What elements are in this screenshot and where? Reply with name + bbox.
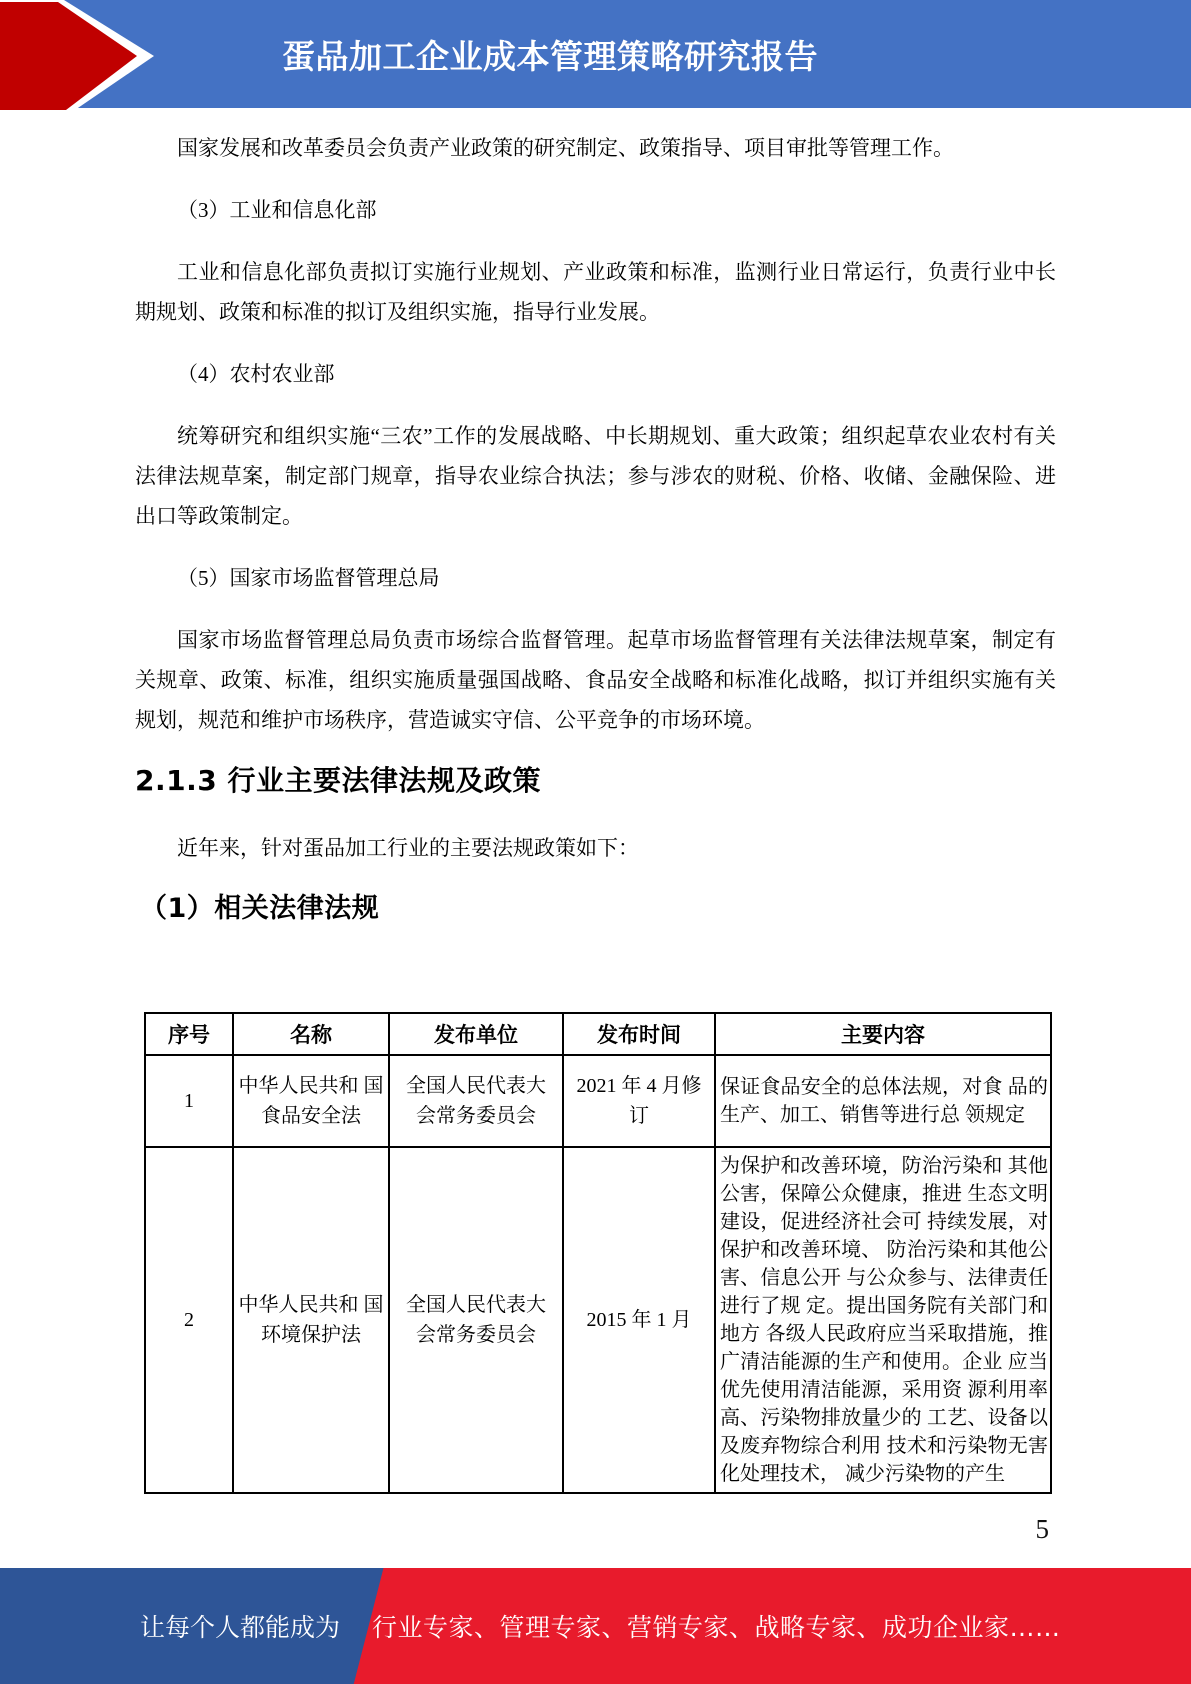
paragraph-ndrc: 国家发展和改革委员会负责产业政策的研究制定、政策指导、项目审批等管理工作。	[135, 128, 1056, 168]
cell-content: 保证食品安全的总体法规，对食 品的生产、加工、销售等进行总 领规定	[715, 1055, 1051, 1147]
col-header-content: 主要内容	[715, 1013, 1051, 1055]
col-header-name: 名称	[233, 1013, 389, 1055]
regulations-table: 序号 名称 发布单位 发布时间 主要内容 1 中华人民共和 国食品安全法 全国人…	[144, 1012, 1052, 1494]
item-heading-moa: （4）农村农业部	[135, 354, 1056, 394]
cell-name: 中华人民共和 国食品安全法	[233, 1055, 389, 1147]
cell-content: 为保护和改善环境，防治污染和 其他公害，保障公众健康，推进 生态文明建设，促进经…	[715, 1147, 1051, 1493]
cell-no: 1	[145, 1055, 233, 1147]
item-heading-samr: （5）国家市场监督管理总局	[135, 558, 1056, 598]
page-number: 5	[1036, 1514, 1050, 1545]
cell-publisher: 全国人民代表大 会常务委员会	[389, 1055, 563, 1147]
paragraph-moa: 统筹研究和组织实施“三农”工作的发展战略、中长期规划、重大政策；组织起草农业农村…	[135, 416, 1056, 536]
paragraph-miit: 工业和信息化部负责拟订实施行业规划、产业政策和标准，监测行业日常运行，负责行业中…	[135, 252, 1056, 332]
table-row: 2 中华人民共和 国环境保护法 全国人民代表大 会常务委员会 2015 年 1 …	[145, 1147, 1051, 1493]
page-footer: 让每个人都能成为 行业专家、管理专家、营销专家、战略专家、成功企业家……	[0, 1568, 1191, 1684]
col-header-publisher: 发布单位	[389, 1013, 563, 1055]
cell-name: 中华人民共和 国环境保护法	[233, 1147, 389, 1493]
col-header-date: 发布时间	[563, 1013, 715, 1055]
table-row: 1 中华人民共和 国食品安全法 全国人民代表大 会常务委员会 2021 年 4 …	[145, 1055, 1051, 1147]
report-title: 蛋品加工企业成本管理策略研究报告	[0, 0, 1100, 108]
paragraph-samr: 国家市场监督管理总局负责市场综合监督管理。起草市场监督管理有关法律法规草案，制定…	[135, 620, 1056, 740]
cell-date: 2021 年 4 月修订	[563, 1055, 715, 1147]
item-heading-miit: （3）工业和信息化部	[135, 190, 1056, 230]
cell-date: 2015 年 1 月	[563, 1147, 715, 1493]
document-page: 蛋品加工企业成本管理策略研究报告 国家发展和改革委员会负责产业政策的研究制定、政…	[0, 0, 1191, 1684]
page-header-banner: 蛋品加工企业成本管理策略研究报告	[0, 0, 1191, 108]
footer-slogan-right: 行业专家、管理专家、营销专家、战略专家、成功企业家……	[372, 1608, 1061, 1644]
cell-no: 2	[145, 1147, 233, 1493]
document-body: 国家发展和改革委员会负责产业政策的研究制定、政策指导、项目审批等管理工作。 （3…	[0, 108, 1191, 1494]
section-heading-213: 2.1.3 行业主要法律法规及政策	[135, 762, 1056, 800]
cell-publisher: 全国人民代表大 会常务委员会	[389, 1147, 563, 1493]
footer-slogan-left: 让每个人都能成为	[140, 1608, 340, 1644]
paragraph-intro: 近年来，针对蛋品加工行业的主要法规政策如下：	[135, 828, 1056, 868]
subsection-heading-laws: （1）相关法律法规	[140, 890, 1056, 928]
col-header-no: 序号	[145, 1013, 233, 1055]
table-header-row: 序号 名称 发布单位 发布时间 主要内容	[145, 1013, 1051, 1055]
